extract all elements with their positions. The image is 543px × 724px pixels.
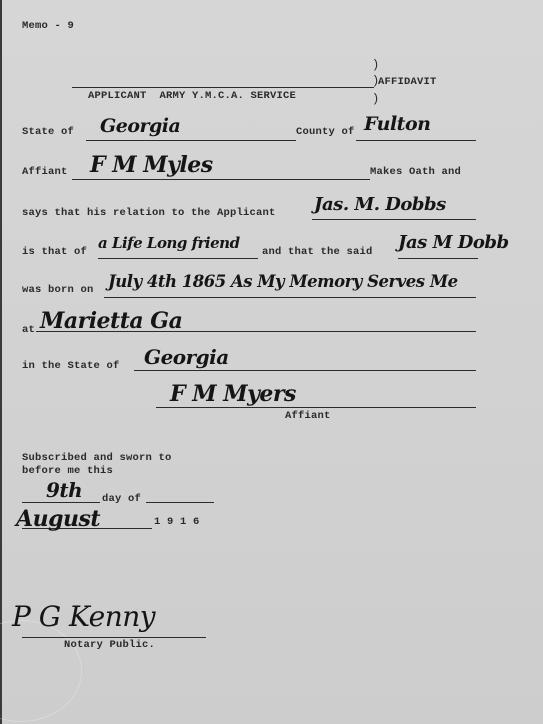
applicant-header: APPLICANT ARMY Y.M.C.A. SERVICE [88,90,296,102]
is-that-of-label: is that of [22,246,87,258]
day-value: 9th [46,478,82,502]
said-name-line [398,258,478,259]
born-on-label: was born on [22,284,94,296]
notary-signature: P G Kenny [12,600,155,633]
affidavit-page: Memo - 9 ) ) ) AFFIDAVIT APPLICANT ARMY … [0,0,543,724]
born-on-value: July 4th 1865 As My Memory Serves Me [108,272,458,291]
born-on-line [104,297,476,298]
day-of-label: day of [102,493,141,505]
notary-seal-embossing [0,620,82,722]
affiant-label: Affiant [22,166,68,178]
makes-oath-label: Makes Oath and [370,166,461,178]
said-name-value: Jas M Dobb [398,232,509,253]
relation-value: a Life Long friend [98,234,240,252]
memo-label: Memo - 9 [22,20,74,32]
birthplace-value: Marietta Ga [40,308,182,334]
birth-state-line [134,370,476,371]
county-value: Fulton [364,113,430,135]
relation-label: says that his relation to the Applicant [22,207,276,219]
at-label: at [22,324,35,336]
state-value: Georgia [100,115,180,137]
affiant-signature-line [156,407,476,408]
notary-caption: Notary Public. [64,639,155,651]
affiant-caption: Affiant [285,410,331,422]
day-line [22,502,100,503]
affiant-line [72,179,370,180]
month-value: August [16,506,100,532]
county-line [356,140,476,141]
county-label: County of [296,126,355,138]
applicant-name-value: Jas. M. Dobbs [314,194,446,215]
brace-top: ) [372,58,379,72]
relation-line [98,258,258,259]
state-label: State of [22,126,74,138]
brace-bottom: ) [372,92,379,106]
affiant-signature: F M Myers [170,381,296,407]
affidavit-title: AFFIDAVIT [378,76,437,88]
in-state-label: in the State of [22,360,120,372]
subscribed-line-2: before me this [22,465,113,477]
applicant-line [72,87,374,88]
subscribed-line-1: Subscribed and sworn to [22,452,172,464]
and-that-label: and that the said [262,246,373,258]
state-line [86,140,296,141]
affiant-value: F M Myles [90,152,213,178]
year-value: 1 9 1 6 [154,516,200,528]
scan-edge [0,0,2,724]
day-of-line [146,502,214,503]
birth-state-value: Georgia [144,345,229,369]
applicant-name-line [312,219,476,220]
